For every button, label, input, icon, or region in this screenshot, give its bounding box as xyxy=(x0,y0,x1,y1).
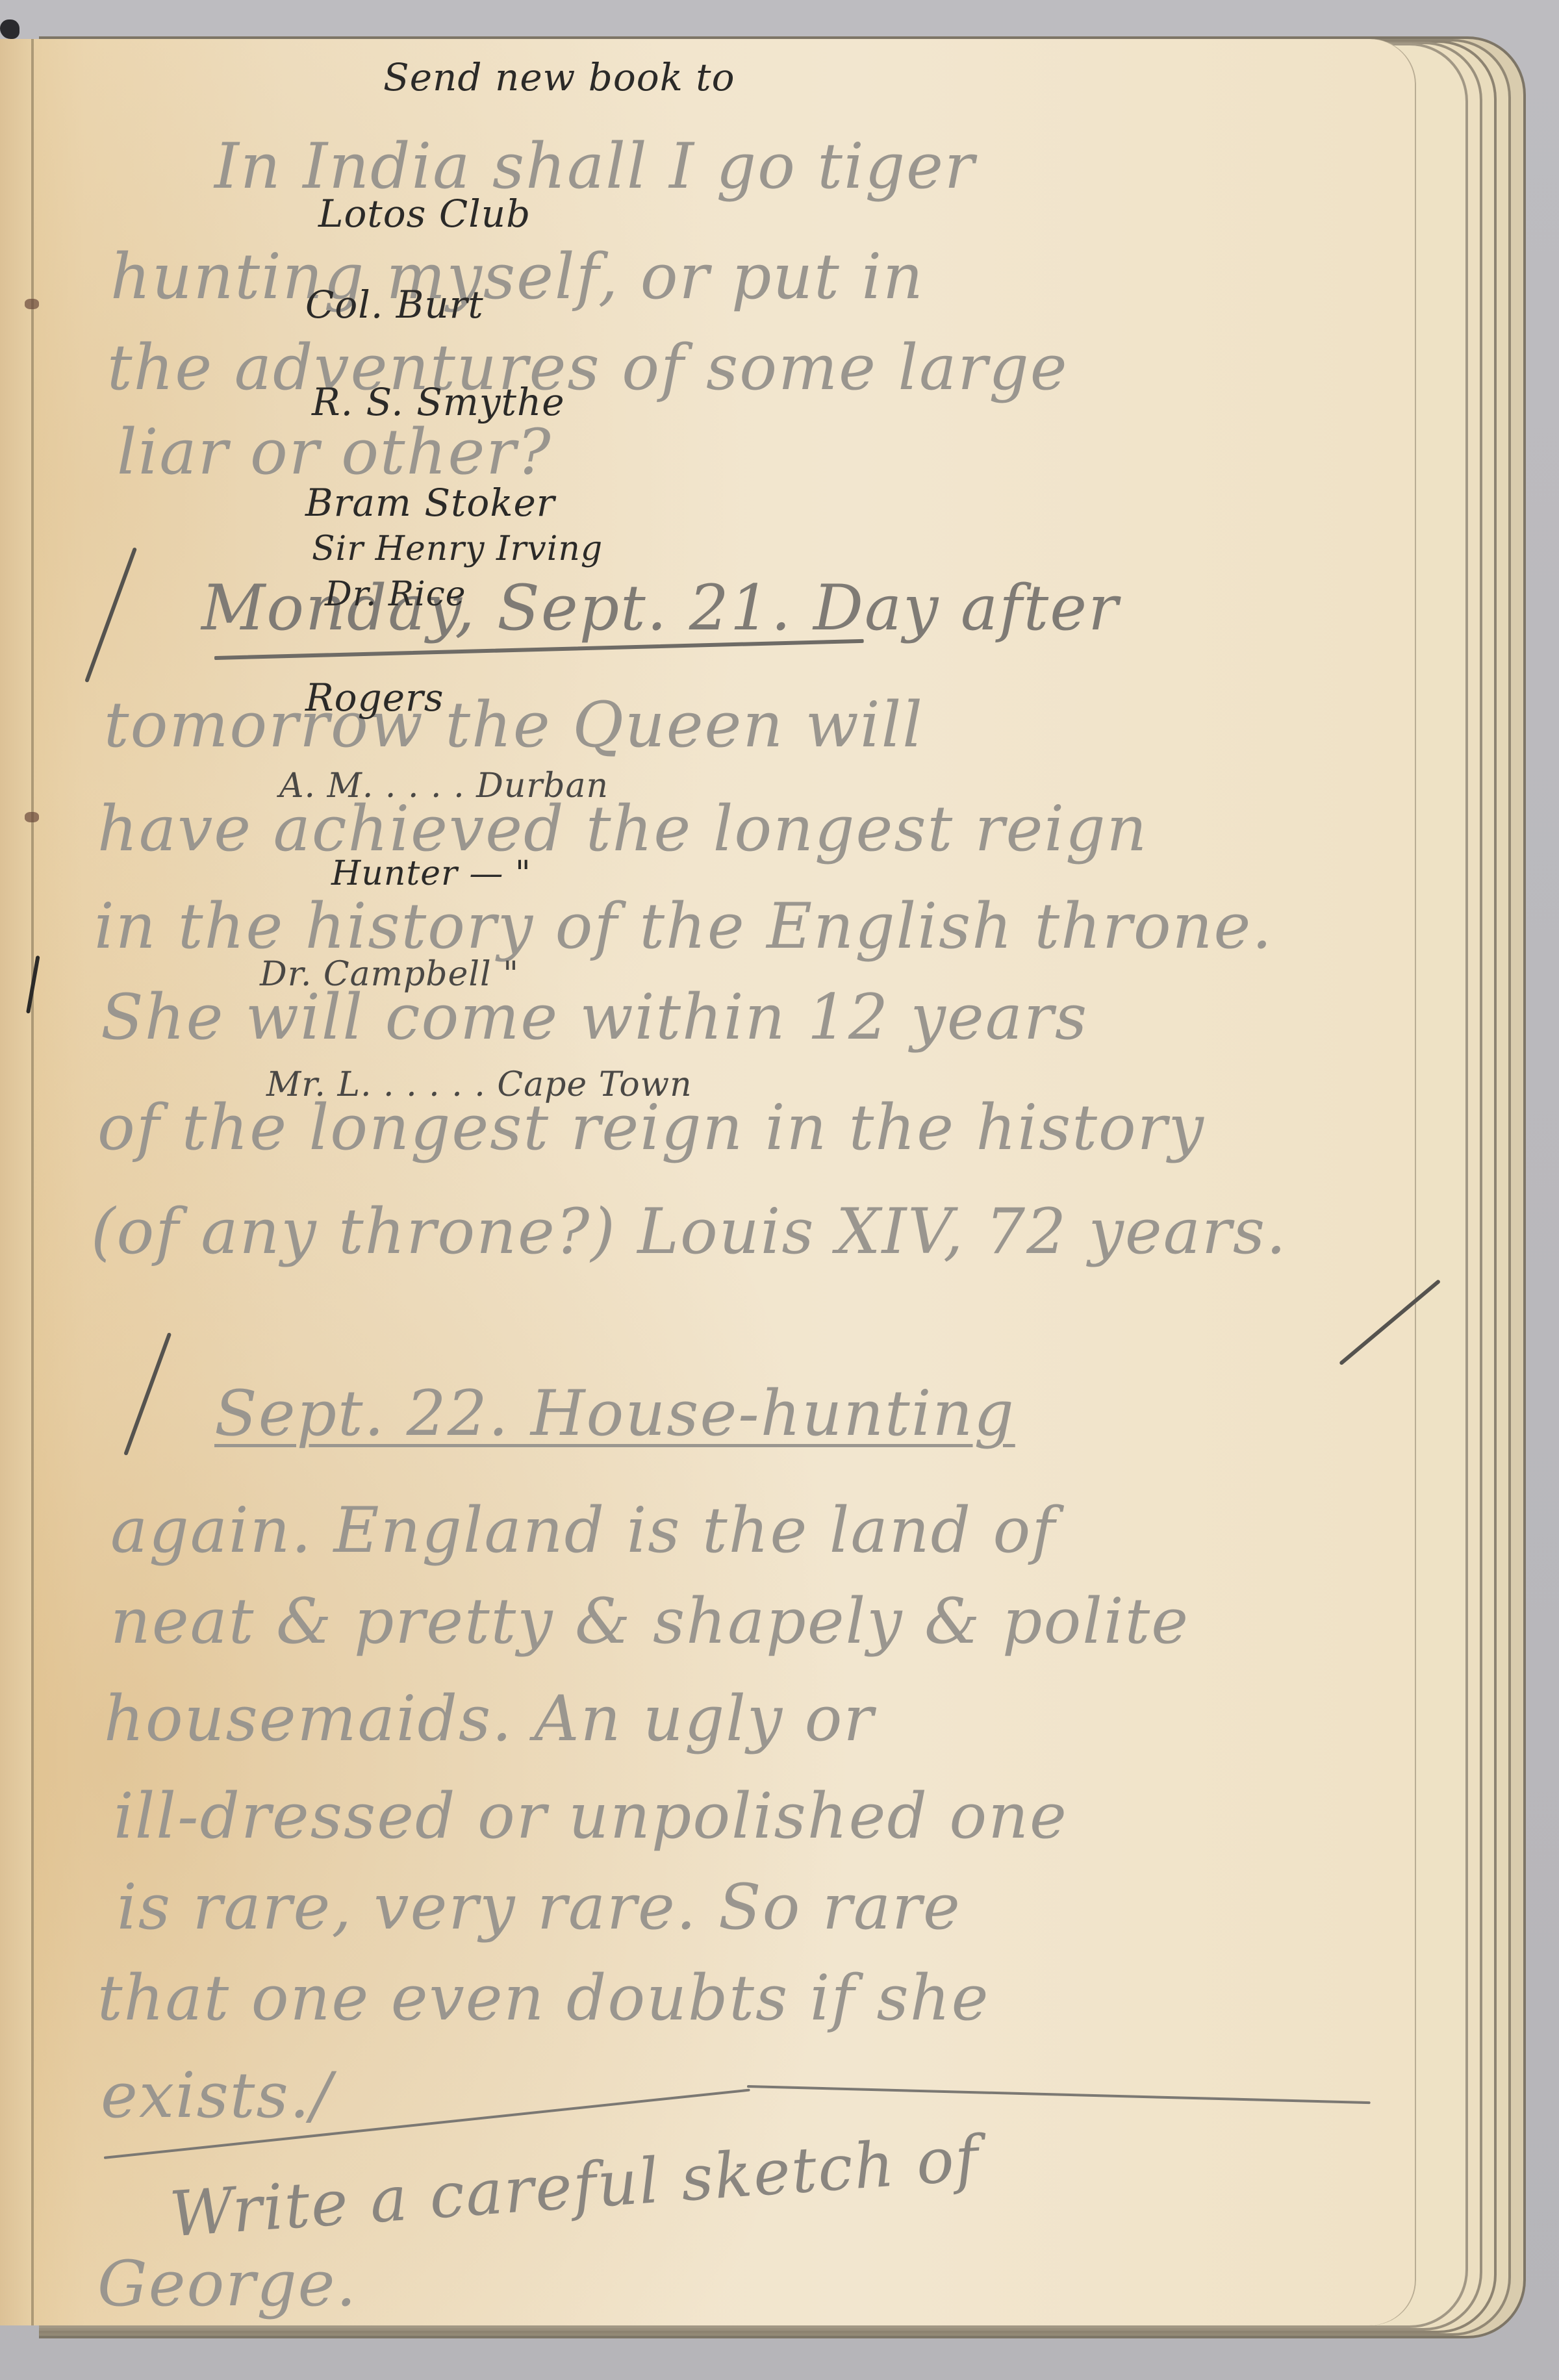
spine-gutter xyxy=(31,39,34,2325)
pencil-line: She will come within 12 years xyxy=(101,981,1088,1054)
pencil-line: neat & pretty & shapely & polite xyxy=(110,1585,1189,1658)
pencil-line: is rare, very rare. So rare xyxy=(117,1871,961,1943)
stitch-mark xyxy=(25,812,39,822)
pencil-line: ill-dressed or unpolished one xyxy=(114,1780,1068,1853)
binding-thread-icon xyxy=(0,19,19,39)
pencil-line: housemaids. An ugly or xyxy=(104,1682,874,1755)
list-item: Mr. L. . . . . . Cape Town xyxy=(266,1065,692,1104)
list-item: Dr. Campbell " xyxy=(260,955,519,994)
list-item: Col. Burt xyxy=(305,283,484,327)
list-item: Bram Stoker xyxy=(305,481,555,525)
diary-date-sept-22: Sept. 22. House-hunting xyxy=(214,1377,1015,1450)
pencil-line: in the history of the English throne. xyxy=(94,890,1273,963)
stitch-mark xyxy=(25,299,39,309)
pencil-line: have achieved the longest reign xyxy=(97,792,1148,865)
pencil-line: again. England is the land of xyxy=(110,1494,1056,1567)
pencil-line: exists./ xyxy=(101,2059,333,2132)
list-item: R. S. Smythe xyxy=(312,380,565,424)
pencil-line: that one even doubts if she xyxy=(97,1962,989,2034)
pencil-line: tomorrow the Queen will xyxy=(104,689,924,761)
pencil-line: George. xyxy=(97,2247,357,2320)
pencil-line: the adventures of some large xyxy=(107,331,1069,404)
list-item: A. M. . . . . Durban xyxy=(279,766,609,805)
pencil-line: hunting myself, or put in xyxy=(110,240,924,313)
pencil-line: liar or other? xyxy=(117,416,552,488)
pencil-line: (of any throne?) Louis XIV, 72 years. xyxy=(91,1195,1287,1268)
list-item: Sir Henry Irving xyxy=(312,529,603,568)
list-heading: Send new book to xyxy=(383,55,735,99)
facing-page-edge xyxy=(0,39,31,2325)
list-item: Lotos Club xyxy=(318,192,531,236)
list-item: Dr. Rice xyxy=(325,575,466,614)
list-item: Hunter — " xyxy=(331,854,531,893)
list-item: Rogers xyxy=(305,676,444,720)
